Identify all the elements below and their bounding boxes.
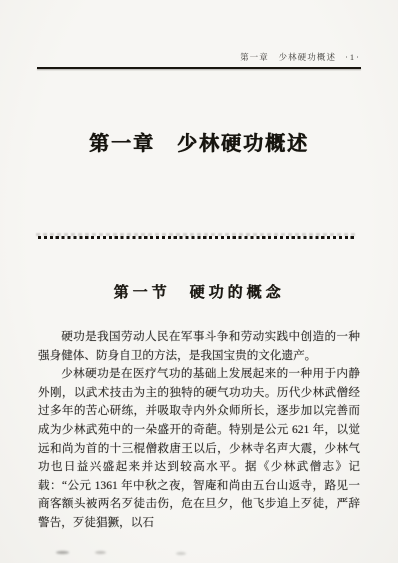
section-title: 第一节 硬功的概念 (0, 281, 398, 302)
running-header: 第一章 少林硬功概述·1· (38, 51, 361, 63)
page-number: ·1· (345, 52, 361, 62)
body-text: 硬功是我国劳动人民在军事斗争和劳动实践中创造的一种强身健体、防身自卫的方法，是我… (38, 328, 360, 533)
scan-smudge (56, 551, 69, 554)
paragraph-intro: 硬功是我国劳动人民在军事斗争和劳动实践中创造的一种强身健体、防身自卫的方法，是我… (38, 328, 360, 365)
scan-smudge (176, 552, 186, 555)
dotted-divider (38, 236, 356, 239)
scan-smudge (95, 551, 106, 554)
chapter-title: 第一章 少林硬功概述 (0, 127, 398, 156)
running-title: 第一章 少林硬功概述 (240, 52, 336, 62)
book-page: 第一章 少林硬功概述·1· 第一章 少林硬功概述 第一节 硬功的概念 硬功是我国… (0, 0, 398, 563)
header-rule (37, 67, 361, 69)
paragraph-history: 少林硬功是在医疗气功的基础上发展起来的一种用于内静外刚，以武术技击为主的独特的硬… (38, 365, 360, 532)
